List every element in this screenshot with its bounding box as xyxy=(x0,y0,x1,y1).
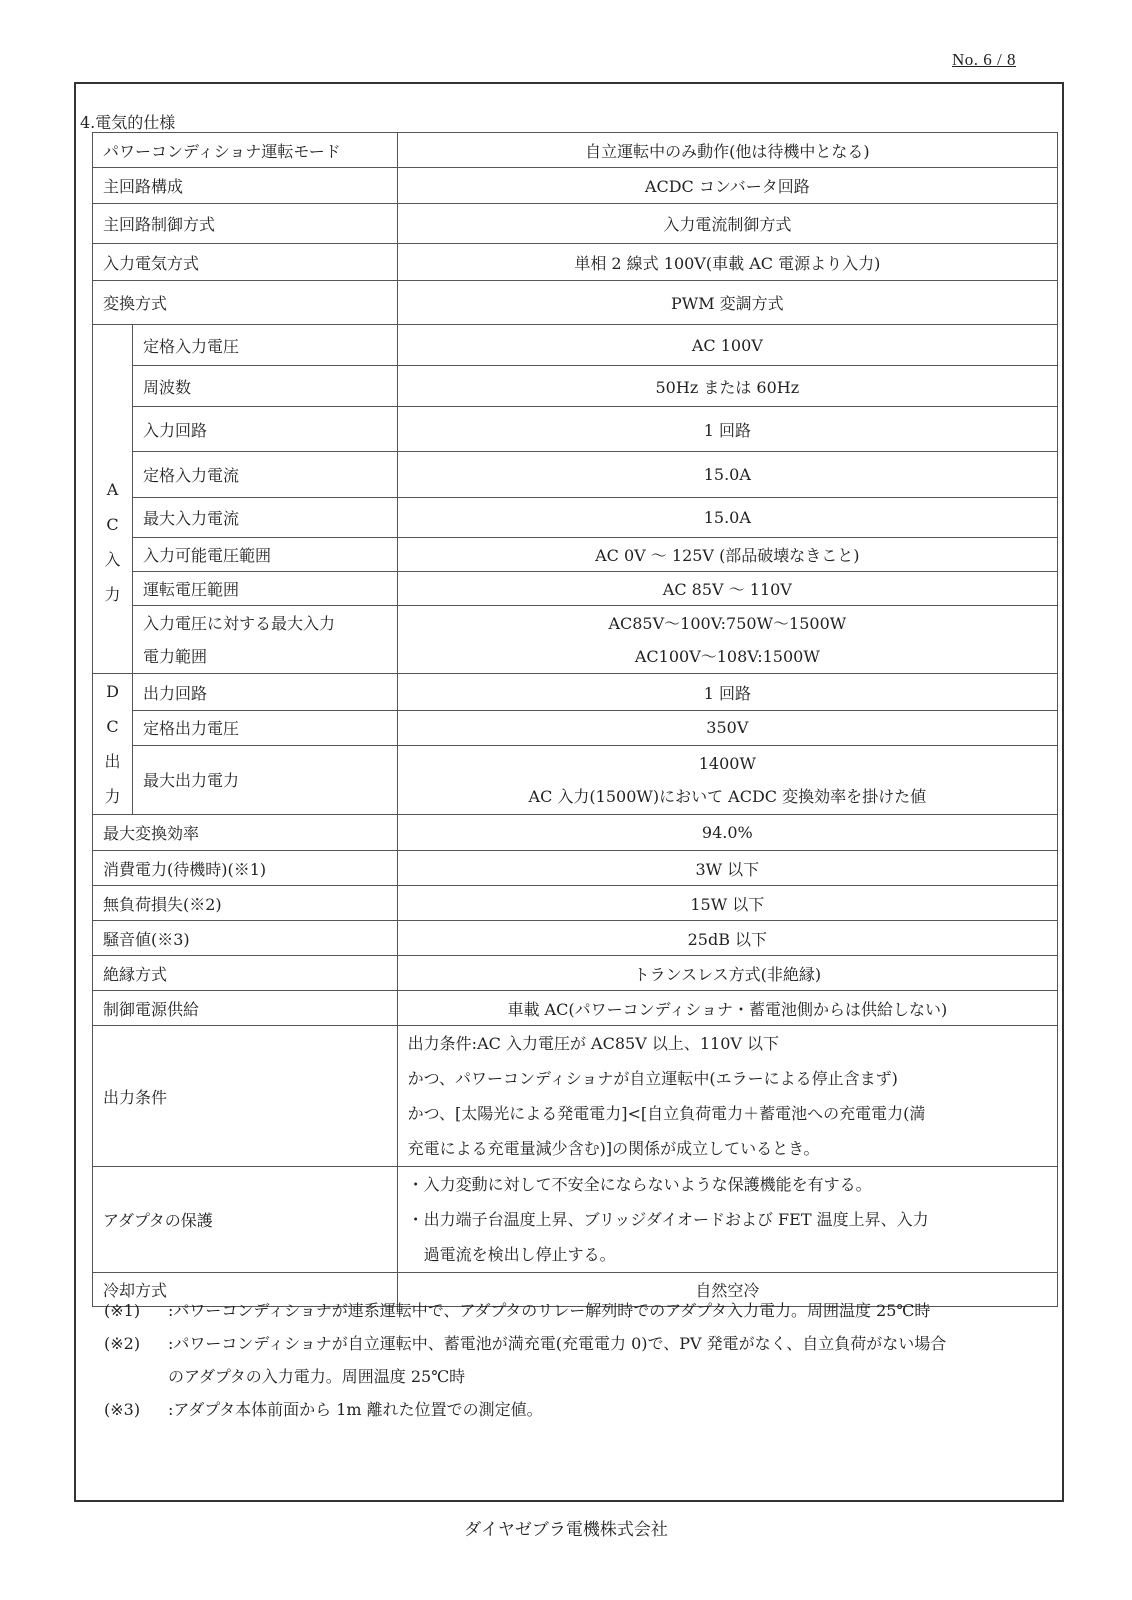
ac-input-group-label: A C 入 力 xyxy=(93,325,133,674)
row-label: 出力条件 xyxy=(93,1026,398,1167)
row-label: 絶縁方式 xyxy=(93,956,398,991)
label-line: 電力範囲 xyxy=(143,640,387,673)
table-row: A C 入 力 定格入力電圧 AC 100V xyxy=(93,325,1058,366)
condition-line: かつ、パワーコンディショナが自立運転中(エラーによる停止含まず) xyxy=(408,1061,1047,1096)
row-label: 最大入力電流 xyxy=(132,498,397,538)
protection-line: ・入力変動に対して不安全にならないような保護機能を有する。 xyxy=(408,1167,1047,1202)
row-value: 1 回路 xyxy=(397,407,1057,452)
protection-line: 過電流を検出し停止する。 xyxy=(408,1237,1047,1272)
group-char: 入 xyxy=(103,542,122,577)
group-char: 出 xyxy=(103,744,122,779)
table-row: 周波数 50Hz または 60Hz xyxy=(93,366,1058,407)
table-row: 消費電力(待機時)(※1) 3W 以下 xyxy=(93,851,1058,886)
label-line: 入力電圧に対する最大入力 xyxy=(143,607,387,640)
row-value: 350V xyxy=(397,711,1057,745)
row-value: 車載 AC(パワーコンディショナ・蓄電池側からは供給しない) xyxy=(397,991,1057,1026)
table-row: アダプタの保護 ・入力変動に対して不安全にならないような保護機能を有する。 ・出… xyxy=(93,1167,1058,1273)
page-number: No. 6 / 8 xyxy=(952,50,1016,70)
company-name: ダイヤゼブラ電機株式会社 xyxy=(0,1515,1132,1540)
row-label: 定格出力電圧 xyxy=(132,711,397,745)
table-row: 運転電圧範囲 AC 85V ～ 110V xyxy=(93,572,1058,606)
table-row: 変換方式 PWM 変調方式 xyxy=(93,281,1058,325)
table-row: 最大入力電流 15.0A xyxy=(93,498,1058,538)
table-row: 出力条件 出力条件:AC 入力電圧が AC85V 以上、110V 以下 かつ、パ… xyxy=(93,1026,1058,1167)
row-label: 最大変換効率 xyxy=(93,815,398,851)
value-line: AC 入力(1500W)において ACDC 変換効率を掛けた値 xyxy=(408,780,1047,813)
group-char: C xyxy=(103,709,122,744)
row-label: 主回路制御方式 xyxy=(93,204,398,244)
table-row: 入力回路 1 回路 xyxy=(93,407,1058,452)
spec-table: パワーコンディショナ運転モード 自立運転中のみ動作(他は待機中となる) 主回路構… xyxy=(92,132,1058,1307)
row-label: 出力回路 xyxy=(132,674,397,711)
footnotes: (※1) :パワーコンディショナが連系運転中で、アダプタのリレー解列時でのアダプ… xyxy=(104,1294,1064,1426)
row-value: AC 0V ～ 125V (部品破壊なきこと) xyxy=(397,538,1057,572)
row-label: 消費電力(待機時)(※1) xyxy=(93,851,398,886)
footnote-mark: (※2) xyxy=(104,1327,168,1360)
row-value: PWM 変調方式 xyxy=(397,281,1057,325)
table-row: パワーコンディショナ運転モード 自立運転中のみ動作(他は待機中となる) xyxy=(93,133,1058,168)
row-value: 15.0A xyxy=(397,498,1057,538)
row-value: 入力電流制御方式 xyxy=(397,204,1057,244)
row-label: 定格入力電圧 xyxy=(132,325,397,366)
footnote-mark: (※3) xyxy=(104,1393,168,1426)
row-label: 変換方式 xyxy=(93,281,398,325)
row-label: パワーコンディショナ運転モード xyxy=(93,133,398,168)
footnote: (※1) :パワーコンディショナが連系運転中で、アダプタのリレー解列時でのアダプ… xyxy=(104,1294,1064,1327)
table-row: 定格出力電圧 350V xyxy=(93,711,1058,745)
table-row: 絶縁方式 トランスレス方式(非絶縁) xyxy=(93,956,1058,991)
footnote-continuation: のアダプタの入力電力。周囲温度 25℃時 xyxy=(104,1360,1064,1393)
row-label: 定格入力電流 xyxy=(132,452,397,498)
row-label: 入力電気方式 xyxy=(93,244,398,281)
row-value: AC85V～100V:750W～1500W AC100V～108V:1500W xyxy=(397,606,1057,674)
row-label: 最大出力電力 xyxy=(132,745,397,814)
row-label: 主回路構成 xyxy=(93,168,398,204)
footnote: (※2) :パワーコンディショナが自立運転中、蓄電池が満充電(充電電力 0)で、… xyxy=(104,1327,1064,1360)
footnote-text: :パワーコンディショナが自立運転中、蓄電池が満充電(充電電力 0)で、PV 発電… xyxy=(168,1327,946,1360)
group-char: A xyxy=(103,472,122,507)
row-value: ACDC コンバータ回路 xyxy=(397,168,1057,204)
row-label: 運転電圧範囲 xyxy=(132,572,397,606)
row-value: 15.0A xyxy=(397,452,1057,498)
value-line: 1400W xyxy=(408,747,1047,780)
footnote-mark: (※1) xyxy=(104,1294,168,1327)
protection-line: ・出力端子台温度上昇、ブリッジダイオードおよび FET 温度上昇、入力 xyxy=(408,1202,1047,1237)
table-row: 最大出力電力 1400W AC 入力(1500W)において ACDC 変換効率を… xyxy=(93,745,1058,814)
row-label: 無負荷損失(※2) xyxy=(93,886,398,921)
table-row: 主回路構成 ACDC コンバータ回路 xyxy=(93,168,1058,204)
table-row: 定格入力電流 15.0A xyxy=(93,452,1058,498)
group-char: 力 xyxy=(103,577,122,612)
value-line: AC85V～100V:750W～1500W xyxy=(408,607,1047,640)
footnote-text: :パワーコンディショナが連系運転中で、アダプタのリレー解列時でのアダプタ入力電力… xyxy=(168,1294,930,1327)
footnote: (※3) :アダプタ本体前面から 1m 離れた位置での測定値。 xyxy=(104,1393,1064,1426)
table-row: 入力電気方式 単相 2 線式 100V(車載 AC 電源より入力) xyxy=(93,244,1058,281)
row-value: 3W 以下 xyxy=(397,851,1057,886)
row-value: 25dB 以下 xyxy=(397,921,1057,956)
dc-output-group-label: D C 出 力 xyxy=(93,674,133,815)
row-value: 自立運転中のみ動作(他は待機中となる) xyxy=(397,133,1057,168)
row-value: 94.0% xyxy=(397,815,1057,851)
condition-line: かつ、[太陽光による発電電力]<[自立負荷電力＋蓄電池への充電電力(満 xyxy=(408,1096,1047,1131)
row-label: 入力可能電圧範囲 xyxy=(132,538,397,572)
row-value: ・入力変動に対して不安全にならないような保護機能を有する。 ・出力端子台温度上昇… xyxy=(397,1167,1057,1273)
row-value: 15W 以下 xyxy=(397,886,1057,921)
table-row: 主回路制御方式 入力電流制御方式 xyxy=(93,204,1058,244)
row-label: 制御電源供給 xyxy=(93,991,398,1026)
table-row: 制御電源供給 車載 AC(パワーコンディショナ・蓄電池側からは供給しない) xyxy=(93,991,1058,1026)
row-value: 1400W AC 入力(1500W)において ACDC 変換効率を掛けた値 xyxy=(397,745,1057,814)
value-line: AC100V～108V:1500W xyxy=(408,640,1047,673)
row-value: 1 回路 xyxy=(397,674,1057,711)
row-value: AC 100V xyxy=(397,325,1057,366)
table-row: 最大変換効率 94.0% xyxy=(93,815,1058,851)
group-char: C xyxy=(103,507,122,542)
group-char: 力 xyxy=(103,779,122,814)
row-value: AC 85V ～ 110V xyxy=(397,572,1057,606)
section-title: 4.電気的仕様 xyxy=(80,110,175,133)
row-label: 周波数 xyxy=(132,366,397,407)
row-value: 50Hz または 60Hz xyxy=(397,366,1057,407)
condition-line: 充電による充電量減少含む)]の関係が成立しているとき。 xyxy=(408,1131,1047,1166)
row-value: 単相 2 線式 100V(車載 AC 電源より入力) xyxy=(397,244,1057,281)
row-label: アダプタの保護 xyxy=(93,1167,398,1273)
row-value: 出力条件:AC 入力電圧が AC85V 以上、110V 以下 かつ、パワーコンデ… xyxy=(397,1026,1057,1167)
table-row: 入力電圧に対する最大入力 電力範囲 AC85V～100V:750W～1500W … xyxy=(93,606,1058,674)
table-row: 騒音値(※3) 25dB 以下 xyxy=(93,921,1058,956)
row-label: 入力回路 xyxy=(132,407,397,452)
row-label: 騒音値(※3) xyxy=(93,921,398,956)
footnote-text: :アダプタ本体前面から 1m 離れた位置での測定値。 xyxy=(168,1393,543,1426)
row-label: 入力電圧に対する最大入力 電力範囲 xyxy=(132,606,397,674)
row-value: トランスレス方式(非絶縁) xyxy=(397,956,1057,991)
table-row: 無負荷損失(※2) 15W 以下 xyxy=(93,886,1058,921)
table-row: 入力可能電圧範囲 AC 0V ～ 125V (部品破壊なきこと) xyxy=(93,538,1058,572)
table-row: D C 出 力 出力回路 1 回路 xyxy=(93,674,1058,711)
group-char: D xyxy=(103,674,122,709)
condition-line: 出力条件:AC 入力電圧が AC85V 以上、110V 以下 xyxy=(408,1026,1047,1061)
